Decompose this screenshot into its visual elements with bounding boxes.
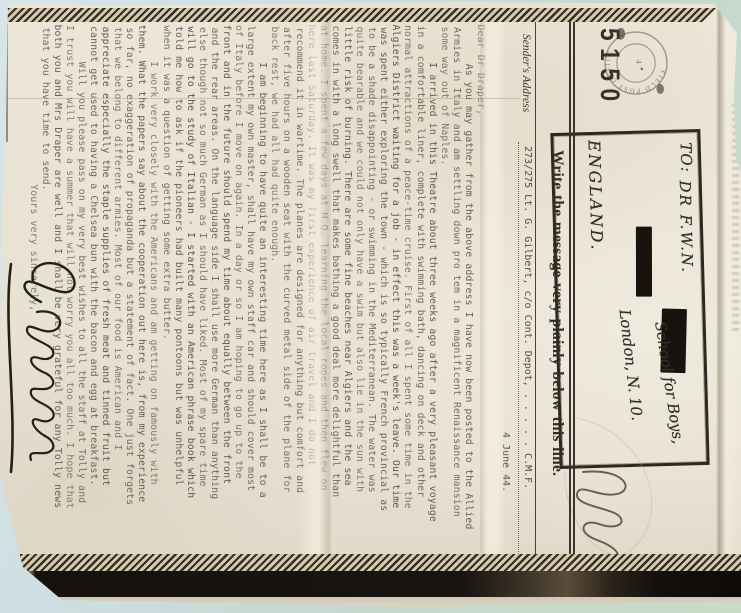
- write-plainly-instruction: Write the message very plainly below thi…: [548, 150, 566, 450]
- address-line-country: ENGLAND.: [585, 140, 607, 252]
- document-bottom-edge: [28, 597, 741, 607]
- hatch-bar-bottom: [20, 554, 741, 571]
- message-line: normal attractions of a peace-time cruis…: [401, 25, 413, 601]
- document-left-edge-line: [6, 24, 8, 142]
- letter-sheet: FIELD POST OFFICE 4 5150 TO: DR F.W.N. S…: [0, 0, 741, 609]
- message-line: told me how to ask if the pioneers had b…: [172, 26, 184, 601]
- addressee-name: DR F.W.N.: [676, 180, 697, 274]
- message-line: I work very closely with the Americans a…: [147, 25, 159, 601]
- fold-crease-horizontal: [0, 98, 520, 99]
- message-line: back rest, we had all had quite enough.: [268, 27, 280, 602]
- serial-number: 5150: [594, 28, 625, 109]
- message-line: here last Saturday. It was my first expe…: [305, 25, 317, 602]
- senders-address-label: Sender's Address: [520, 34, 532, 112]
- message-line: was spent either exploring the town - wh…: [377, 28, 389, 602]
- header-rule-top: [573, 12, 575, 608]
- message-line: some way out of Naples.: [438, 27, 450, 602]
- message-line: quite bearable and we could not only hav…: [353, 27, 365, 602]
- date-line: 4 June 44.: [500, 432, 511, 492]
- senders-address-row: Sender's Address 273/275 Lt. G. Gilbert,…: [516, 34, 534, 594]
- message-line: Dear Dr Draper,: [474, 25, 486, 602]
- hatch-bar-top: [0, 8, 716, 22]
- stamp-center-text: 4: [634, 60, 643, 65]
- message-line: at home. I spent a few days at H.Q. lear…: [317, 25, 329, 601]
- message-line: Armies in Italy and am settling down pro…: [450, 27, 462, 601]
- airgraph-photo: FIELD POST OFFICE 4 5150 TO: DR F.W.N. S…: [0, 0, 741, 613]
- redaction-bar-school-name: [636, 227, 652, 297]
- message-line: will go to the study of Italian - I star…: [184, 27, 196, 602]
- message-line: them. What the papers say about the coop…: [135, 25, 147, 602]
- message-line: that we belong to different armies. Most…: [111, 27, 123, 601]
- header-rule-bottom: [535, 12, 536, 608]
- message-line: to be a shade disappointing - or swimmin…: [365, 27, 377, 601]
- letter-readable-content: FIELD POST OFFICE 4 5150 TO: DR F.W.N. S…: [0, 4, 741, 613]
- message-line: appreciate especially the staple supplie…: [99, 27, 111, 602]
- header-rule-top-inner: [569, 12, 571, 608]
- message-line: I arrived in this Theatre about three we…: [426, 26, 438, 601]
- message-line: when it was a question of getting some e…: [159, 26, 171, 602]
- message-body: Dear Dr Draper, As you may gather from t…: [26, 26, 486, 601]
- message-line: after five hours on a wooden seat with t…: [280, 27, 292, 601]
- sender-signature-scrawl: [0, 250, 85, 485]
- message-line: I am beginning to have quite an interest…: [256, 26, 268, 601]
- message-line: and the rear areas. On the language side…: [208, 28, 220, 602]
- message-line: recommend it in wartime. The planes are …: [293, 28, 305, 602]
- message-line: As you may gather from the above address…: [462, 28, 474, 602]
- ink-smudge: [656, 84, 664, 94]
- message-line: so far, no exaggeration of propaganda bu…: [123, 28, 135, 602]
- to-label: TO:: [677, 142, 696, 173]
- message-line: comes in with a long swell that makes ba…: [329, 26, 341, 602]
- message-line: of Italy before I move on again. In a da…: [232, 25, 244, 601]
- senders-address-value: 273/275 Lt. G. Gilbert, c/o Cont. Depot,…: [522, 146, 533, 489]
- message-line: front and in the future should spend my …: [220, 25, 232, 602]
- message-line: cannot get used to having a Chelsea bun …: [87, 26, 99, 601]
- message-line: Algiers District waiting for a job - in …: [389, 25, 401, 602]
- message-line: little risk of burning. There are some f…: [341, 26, 353, 601]
- black-processing-bar: [22, 571, 741, 597]
- edge-instruction-text: [732, 104, 739, 334]
- message-line: large extent my own master, shall have m…: [244, 26, 256, 602]
- message-line: in a comfortable liner, complete with sw…: [413, 26, 425, 602]
- message-line: else though not so much German as I shou…: [196, 27, 208, 601]
